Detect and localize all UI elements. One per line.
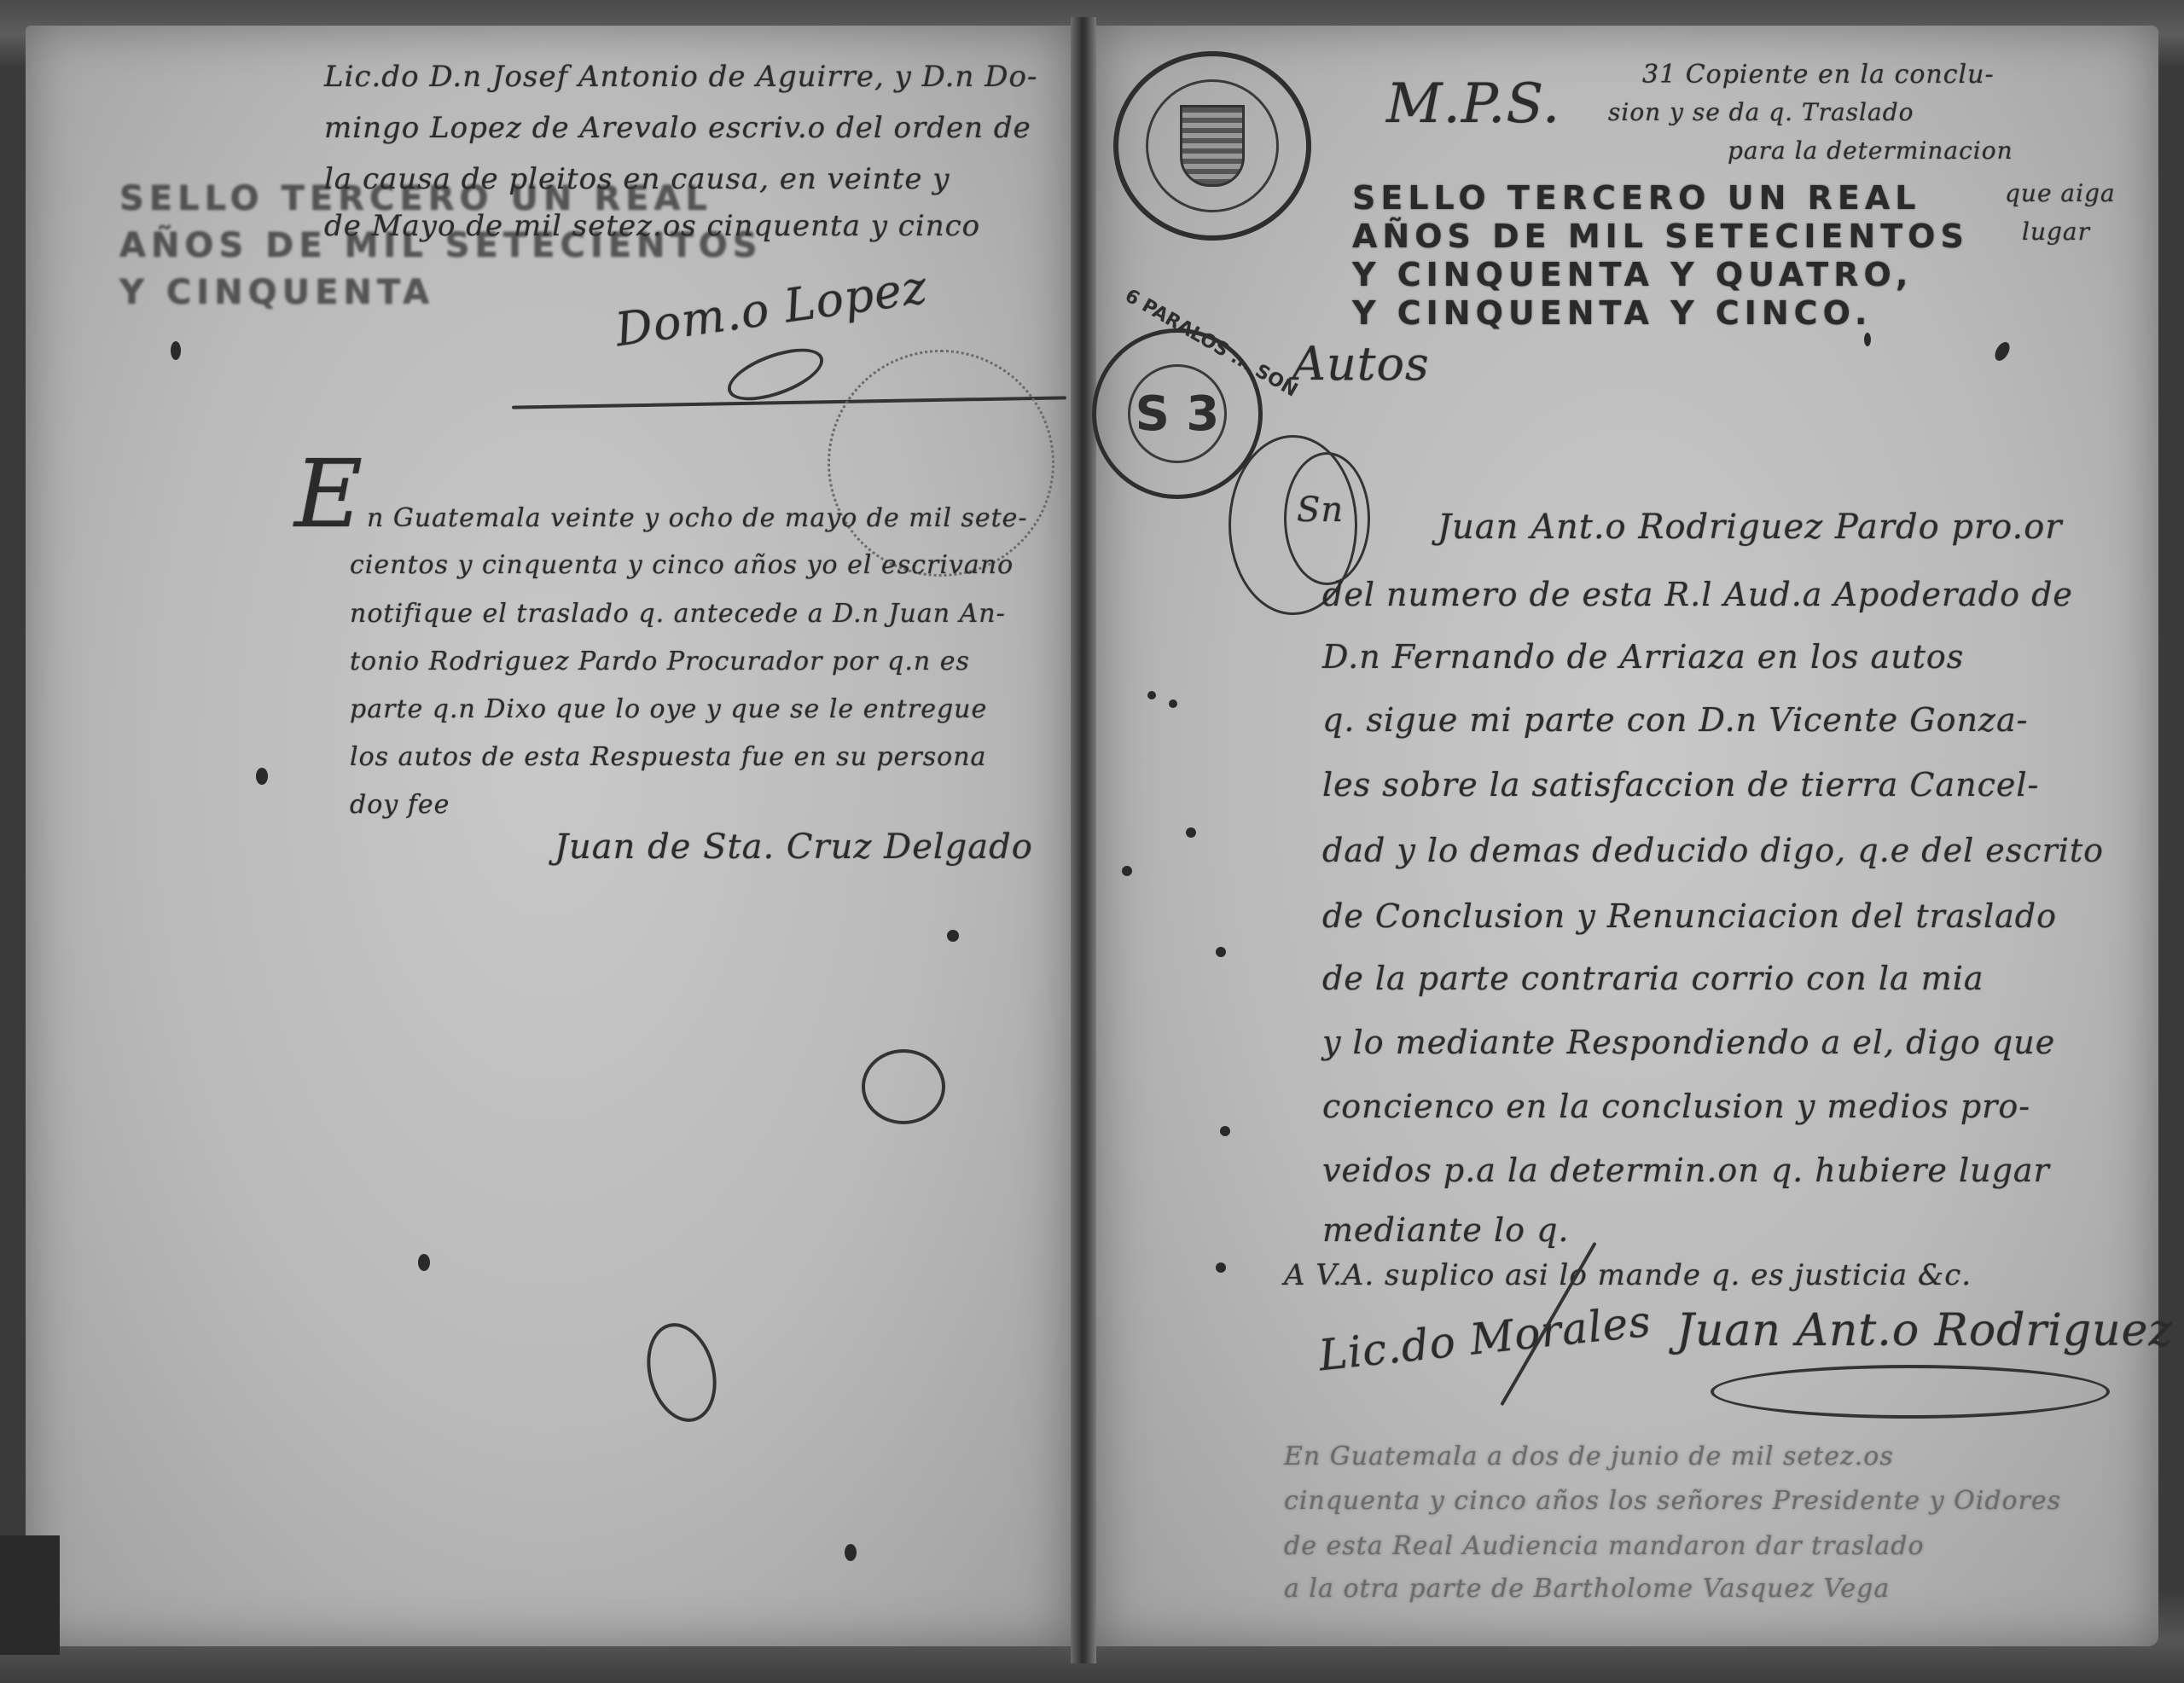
margin-note-line: para la determinacion xyxy=(1728,136,2013,165)
petition-line: y lo mediante Respondiendo a el, digo qu… xyxy=(1322,1024,2055,1061)
top-note-line: de Mayo de mil setez.os cinquenta y cinc… xyxy=(324,209,980,243)
notification-line: n Guatemala veinte y ocho de mayo de mil… xyxy=(367,503,1028,533)
top-signature: Dom.o Lopez xyxy=(612,260,930,357)
binding-hole xyxy=(1186,827,1196,838)
royal-seal xyxy=(1113,51,1311,241)
top-note-line: mingo Lopez de Arevalo escriv.o del orde… xyxy=(324,111,1031,145)
signature-lawyer: Lic.do Morales xyxy=(1316,1297,1653,1381)
margin-note-line: lugar xyxy=(2022,218,2090,246)
ink-spot xyxy=(947,930,959,942)
stamp-header-line: Y CINQUENTA Y CINCO. xyxy=(1352,294,1872,332)
right-page: M.P.S. 31 Copiente en la conclu- sion y … xyxy=(1096,26,2158,1646)
petition-line: Juan Ant.o Rodriguez Pardo pro.or xyxy=(1438,508,2062,547)
notification-line: cientos y cinquenta y cinco años yo el e… xyxy=(350,550,1014,580)
binding-hole xyxy=(1220,1126,1230,1136)
petition-line: les sobre la satisfaccion de tierra Canc… xyxy=(1322,766,2039,804)
petition-line: de Conclusion y Renunciacion del traslad… xyxy=(1322,897,2057,935)
notification-line: doy fee xyxy=(350,790,450,820)
ink-spot xyxy=(171,341,181,360)
ink-spot xyxy=(256,768,268,785)
petition-line: veidos p.a la determin.on q. hubiere lug… xyxy=(1322,1152,2050,1189)
petition-closing: A V.A. suplico asi lo mande q. es justic… xyxy=(1284,1258,1972,1292)
petition-line: del numero de esta R.l Aud.a Apoderado d… xyxy=(1322,576,2073,613)
ink-spot xyxy=(418,1254,430,1271)
petition-line: q. sigue mi parte con D.n Vicente Gonza- xyxy=(1322,701,2028,739)
bleed-through-line: Y CINQUENTA xyxy=(119,273,434,312)
ink-spot xyxy=(1992,340,2013,363)
left-page: SELLO TERCERO UN REAL AÑOS DE MIL SETECI… xyxy=(26,26,1071,1646)
petition-line: dad y lo demas deducido digo, q.e del es… xyxy=(1322,832,2104,869)
notification-line: los autos de esta Respuesta fue en su pe… xyxy=(350,742,986,772)
notification-line: tonio Rodriguez Pardo Procurador por q.n… xyxy=(350,647,970,676)
binding-hole xyxy=(1122,866,1132,876)
coat-of-arms-icon xyxy=(1146,79,1279,212)
decree-line: a la otra parte de Bartholome Vasquez Ve… xyxy=(1284,1574,1890,1604)
decree-line: de esta Real Audiencia mandaron dar tras… xyxy=(1284,1531,1925,1561)
top-note-line: la causa de pleitos en causa, en veinte … xyxy=(324,162,950,196)
faint-stamp-bleed xyxy=(828,350,1054,577)
autos-heading: Autos xyxy=(1292,337,1430,391)
ink-spot xyxy=(1864,333,1871,346)
folio-mark: M.P.S. xyxy=(1386,73,1560,136)
petition-line: D.n Fernando de Arriaza en los autos xyxy=(1322,638,1964,676)
binding-hole xyxy=(1216,1262,1226,1273)
margin-note-line: sion y se da q. Traslado xyxy=(1608,98,1914,126)
stamp-header-line: SELLO TERCERO UN REAL xyxy=(1352,179,1920,217)
dark-corner-tab xyxy=(0,1535,60,1655)
margin-note-line: que aiga xyxy=(2005,179,2116,207)
decree-line: cinquenta y cinco años los señores Presi… xyxy=(1284,1486,2061,1516)
stamp-header-line: Y CINQUENTA Y QUATRO, xyxy=(1352,256,1913,293)
decree-line: En Guatemala a dos de junio de mil setez… xyxy=(1284,1442,1894,1471)
signature-rubric xyxy=(1711,1365,2110,1419)
binding-hole xyxy=(1147,691,1156,699)
shield-icon xyxy=(1180,105,1245,187)
notification-initial: E xyxy=(294,439,363,548)
top-note-line: Lic.do D.n Josef Antonio de Aguirre, y D… xyxy=(324,60,1037,94)
notification-signature: Juan de Sta. Cruz Delgado xyxy=(555,827,1033,867)
margin-circle-mark: Sn xyxy=(1297,490,1344,530)
notification-line: notifique el traslado q. antecede a D.n … xyxy=(350,599,1006,629)
ink-spot xyxy=(845,1544,857,1561)
binding-hole xyxy=(1169,699,1177,708)
stamp-header-line: AÑOS DE MIL SETECIENTOS xyxy=(1352,218,1969,255)
bleed-through-flourish xyxy=(862,1049,945,1124)
petition-line: concienco en la conclusion y medios pro- xyxy=(1322,1088,2030,1125)
book-gutter xyxy=(1071,17,1096,1663)
signature-procurator: Juan Ant.o Rodriguez Pardo xyxy=(1676,1305,2184,1356)
petition-line: de la parte contraria corrio con la mia xyxy=(1322,960,1984,997)
bleed-through-flourish xyxy=(636,1315,727,1430)
petition-line: mediante lo q. xyxy=(1322,1211,1569,1249)
margin-note-line: 31 Copiente en la conclu- xyxy=(1642,60,1995,90)
stamp-center: S 3 xyxy=(1128,364,1227,463)
manuscript-spread: SELLO TERCERO UN REAL AÑOS DE MIL SETECI… xyxy=(0,0,2184,1683)
binding-hole xyxy=(1216,947,1226,957)
notification-line: parte q.n Dixo que lo oye y que se le en… xyxy=(350,694,987,724)
